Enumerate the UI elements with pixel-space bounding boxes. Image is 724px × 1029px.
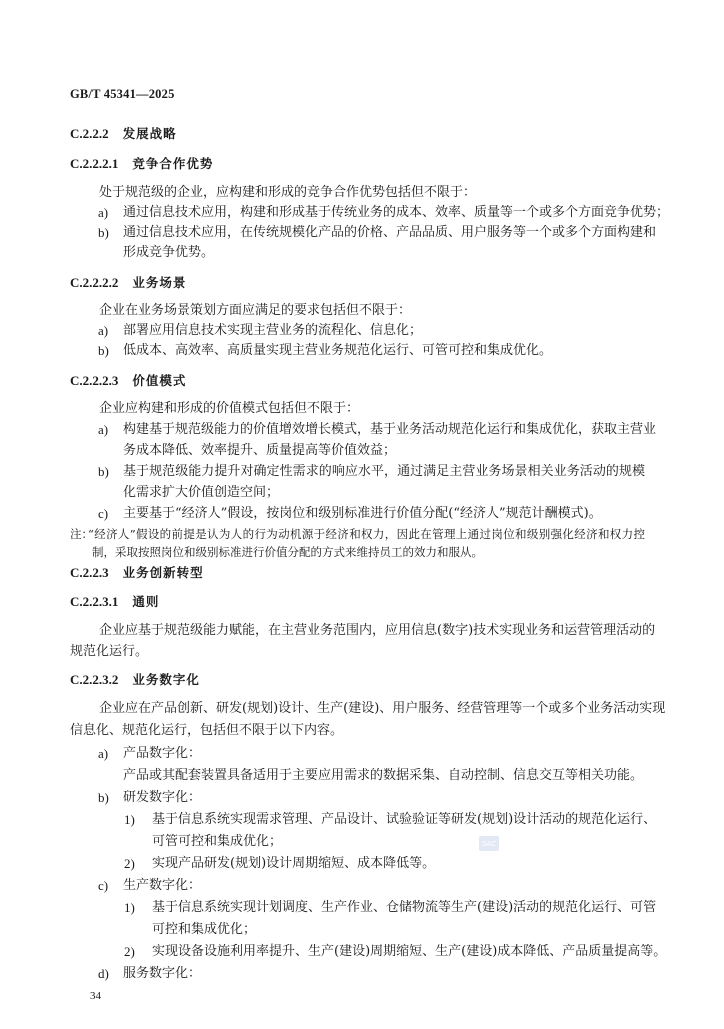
sublist-item-text: 实现产品研发(规划)设计周期缩短、成本降低等。: [152, 856, 435, 872]
paragraph-text: 企业应基于规范级能力赋能，在主营业务范围内，应用信息(数字)技术实现业务和运营管…: [99, 623, 645, 639]
heading-c2-2-2-1: C.2.2.2.1竞争合作优势: [70, 156, 213, 172]
list-item-label: 研发数字化：: [123, 790, 201, 806]
list-marker: a): [98, 422, 108, 438]
list-marker: d): [98, 966, 109, 982]
paragraph-intro: 企业在业务场景策划方面应满足的要求包括但不限于：: [99, 303, 411, 319]
sublist-marker: 2): [124, 944, 135, 960]
note-text: “经济人”假设的前提是认为人的行为动机源于经济和权力，因此在管理上通过岗位和级别…: [88, 526, 645, 542]
page-number: 34: [90, 990, 101, 1002]
paragraph-intro: 处于规范级的企业，应构建和形成的竞争合作优势包括但不限于：: [99, 185, 476, 201]
document-page: GB/T 45341—2025 C.2.2.2发展战略 C.2.2.2.1竞争合…: [0, 0, 724, 1029]
list-item-text: 通过信息技术应用，构建和形成基于传统业务的成本、效率、质量等一个或多个方面竞争优…: [123, 205, 645, 221]
paragraph-text: 企业应在产品创新、研发(规划)设计、生产(建设)、用户服务、经营管理等一个或多个…: [99, 701, 645, 717]
list-item-text-continued: 形成竞争优势。: [123, 245, 214, 261]
sac-watermark-logo: SAC: [479, 836, 499, 851]
list-item-label: 生产数字化：: [123, 878, 201, 894]
sublist-item-text: 基于信息系统实现计划调度、生产作业、仓储物流等生产(建设)活动的规范化运行、可管: [152, 900, 645, 916]
heading-title: 发展战略: [123, 126, 177, 141]
list-item-text: 构建基于规范级能力的价值增效增长模式，基于业务活动规范化运行和集成优化，获取主营…: [123, 422, 645, 438]
list-item-label: 服务数字化：: [123, 966, 201, 982]
paragraph-text-continued: 信息化、规范化运行，包括但不限于以下内容。: [70, 723, 343, 739]
heading-title: 价值模式: [132, 373, 186, 388]
heading-title: 业务场景: [132, 275, 186, 290]
list-item-text-continued: 务成本降低、效率提升、质量提高等价值效益；: [123, 443, 396, 459]
heading-title: 竞争合作优势: [132, 156, 213, 171]
standard-number-header: GB/T 45341—2025: [70, 86, 175, 102]
heading-c2-2-2-2: C.2.2.2.2业务场景: [70, 275, 186, 291]
sublist-marker: 1): [124, 900, 135, 916]
list-marker: a): [98, 323, 108, 339]
heading-number: C.2.2.3.2: [70, 672, 118, 688]
list-marker: a): [98, 746, 108, 762]
heading-title: 通则: [132, 594, 159, 609]
heading-c2-2-3-2: C.2.2.3.2业务数字化: [70, 672, 200, 688]
sublist-item-text: 实现设备设施利用率提升、生产(建设)周期缩短、生产(建设)成本降低、产品质量提高…: [152, 944, 666, 960]
list-item-text-continued: 化需求扩大价值创造空间；: [123, 485, 279, 501]
list-item-text: 低成本、高效率、高质量实现主营业务规范化运行、可管可控和集成优化。: [123, 343, 552, 359]
heading-c2-2-2: C.2.2.2发展战略: [70, 126, 177, 142]
heading-number: C.2.2.2: [70, 126, 109, 142]
list-marker: b): [98, 790, 109, 806]
heading-number: C.2.2.3.1: [70, 594, 118, 610]
heading-number: C.2.2.3: [70, 565, 109, 581]
standard-number: GB/T 45341—2025: [70, 87, 175, 101]
list-marker: b): [98, 464, 109, 480]
note-text-continued: 制，采取按照岗位和级别标准进行价值分配的方式来维持员工的效力和服从。: [92, 544, 483, 560]
list-item-text: 部署应用信息技术实现主营业务的流程化、信息化；: [123, 323, 422, 339]
heading-title: 业务数字化: [132, 672, 200, 687]
list-marker: a): [98, 205, 108, 221]
sublist-item-text-continued: 可控和集成优化；: [152, 922, 256, 938]
heading-c2-2-2-3: C.2.2.2.3价值模式: [70, 373, 186, 389]
paragraph-text-continued: 规范化运行。: [70, 644, 148, 660]
paragraph-intro: 企业应构建和形成的价值模式包括但不限于：: [99, 401, 359, 417]
heading-number: C.2.2.2.2: [70, 275, 118, 291]
heading-c2-2-3-1: C.2.2.3.1通则: [70, 594, 159, 610]
list-item-text: 产品或其配套装置具备适用于主要应用需求的数据采集、自动控制、信息交互等相关功能。: [123, 768, 643, 784]
heading-number: C.2.2.2.3: [70, 373, 118, 389]
list-marker: b): [98, 343, 109, 359]
list-marker: b): [98, 225, 109, 241]
list-item-label: 产品数字化：: [123, 746, 201, 762]
list-item-text: 主要基于“经济人”假设，按岗位和级别标准进行价值分配(“经济人”规范计酬模式)。: [123, 506, 602, 522]
heading-c2-2-3: C.2.2.3业务创新转型: [70, 565, 204, 581]
sublist-marker: 1): [124, 812, 135, 828]
sublist-marker: 2): [124, 856, 135, 872]
heading-title: 业务创新转型: [123, 565, 204, 580]
sublist-item-text: 基于信息系统实现需求管理、产品设计、试验验证等研发(规划)设计活动的规范化运行、: [152, 812, 645, 828]
list-marker: c): [98, 506, 108, 522]
list-item-text: 通过信息技术应用，在传统规模化产品的价格、产品品质、用户服务等一个或多个方面构建…: [123, 225, 645, 241]
list-marker: c): [98, 878, 108, 894]
sublist-item-text-continued: 可管可控和集成优化；: [152, 834, 282, 850]
heading-number: C.2.2.2.1: [70, 156, 118, 172]
list-item-text: 基于规范级能力提升对确定性需求的响应水平，通过满足主营业务场景相关业务活动的规模: [123, 464, 645, 480]
